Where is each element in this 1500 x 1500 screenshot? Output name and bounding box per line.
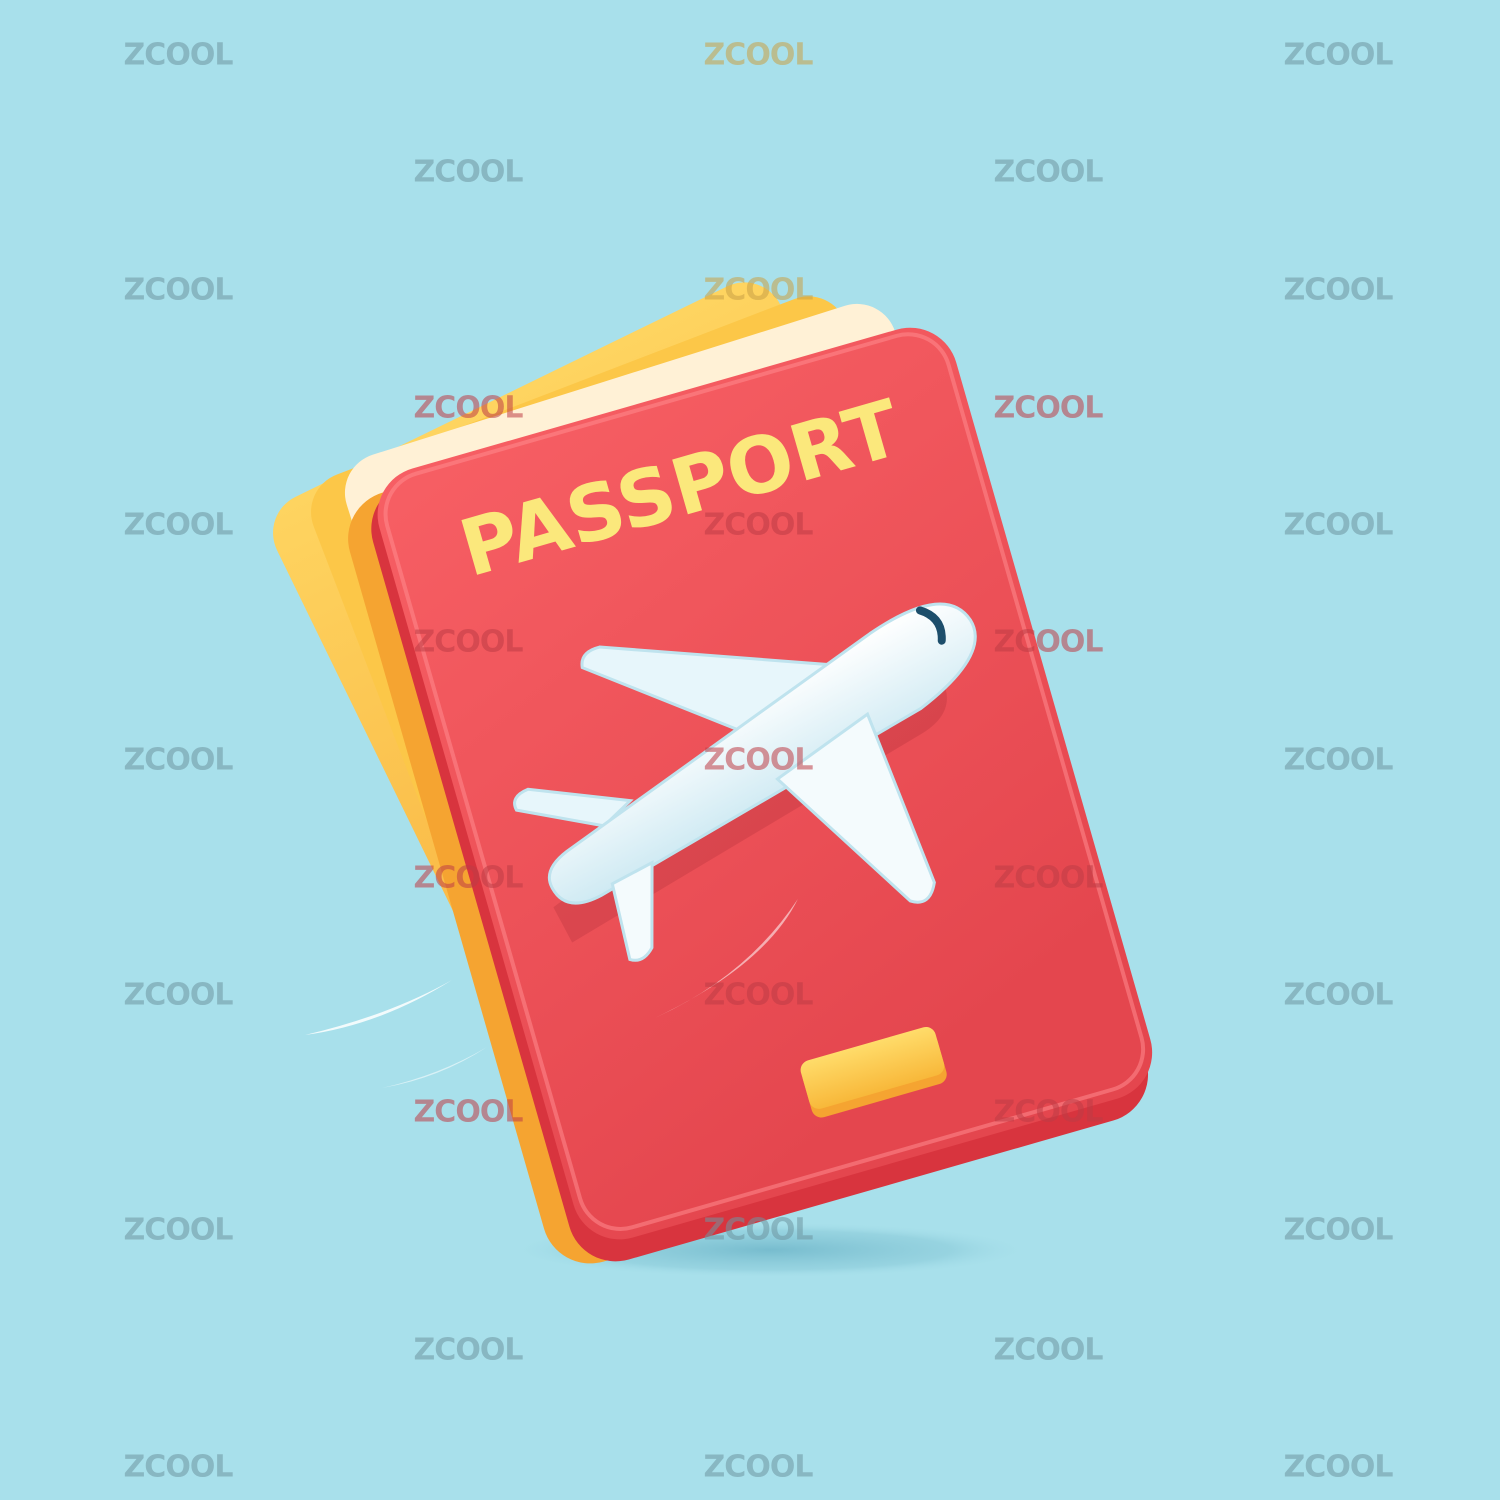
watermark-text: ZCOOL <box>994 861 1103 896</box>
watermark-text: ZCOOL <box>994 1095 1103 1130</box>
watermark-text: ZCOOL <box>704 508 813 543</box>
watermark-text: ZCOOL <box>994 391 1103 426</box>
watermark-text: ZCOOL <box>704 1213 813 1248</box>
watermark-text: ZCOOL <box>414 155 523 190</box>
watermark-text: ZCOOL <box>994 1333 1103 1368</box>
watermark-text: ZCOOL <box>124 38 233 73</box>
watermark-text: ZCOOL <box>414 1095 523 1130</box>
watermark-text: ZCOOL <box>124 508 233 543</box>
watermark-text: ZCOOL <box>1284 273 1393 308</box>
watermark-text: ZCOOL <box>704 743 813 778</box>
watermark-text: ZCOOL <box>414 1333 523 1368</box>
watermark-text: ZCOOL <box>1284 978 1393 1013</box>
watermark-layer: ZCOOLZCOOLZCOOLZCOOLZCOOLZCOOLZCOOLZCOOL… <box>0 0 1500 1500</box>
watermark-text: ZCOOL <box>704 273 813 308</box>
watermark-text: ZCOOL <box>1284 1213 1393 1248</box>
watermark-text: ZCOOL <box>124 1213 233 1248</box>
watermark-text: ZCOOL <box>1284 743 1393 778</box>
watermark-text: ZCOOL <box>1284 508 1393 543</box>
watermark-text: ZCOOL <box>994 625 1103 660</box>
watermark-text: ZCOOL <box>124 273 233 308</box>
watermark-text: ZCOOL <box>414 625 523 660</box>
watermark-text: ZCOOL <box>124 1450 233 1485</box>
watermark-text: ZCOOL <box>1284 38 1393 73</box>
watermark-text: ZCOOL <box>1284 1450 1393 1485</box>
watermark-text: ZCOOL <box>704 38 813 73</box>
watermark-text: ZCOOL <box>124 743 233 778</box>
watermark-text: ZCOOL <box>994 155 1103 190</box>
watermark-text: ZCOOL <box>704 1450 813 1485</box>
watermark-text: ZCOOL <box>414 391 523 426</box>
watermark-text: ZCOOL <box>704 978 813 1013</box>
watermark-text: ZCOOL <box>124 978 233 1013</box>
watermark-text: ZCOOL <box>414 861 523 896</box>
